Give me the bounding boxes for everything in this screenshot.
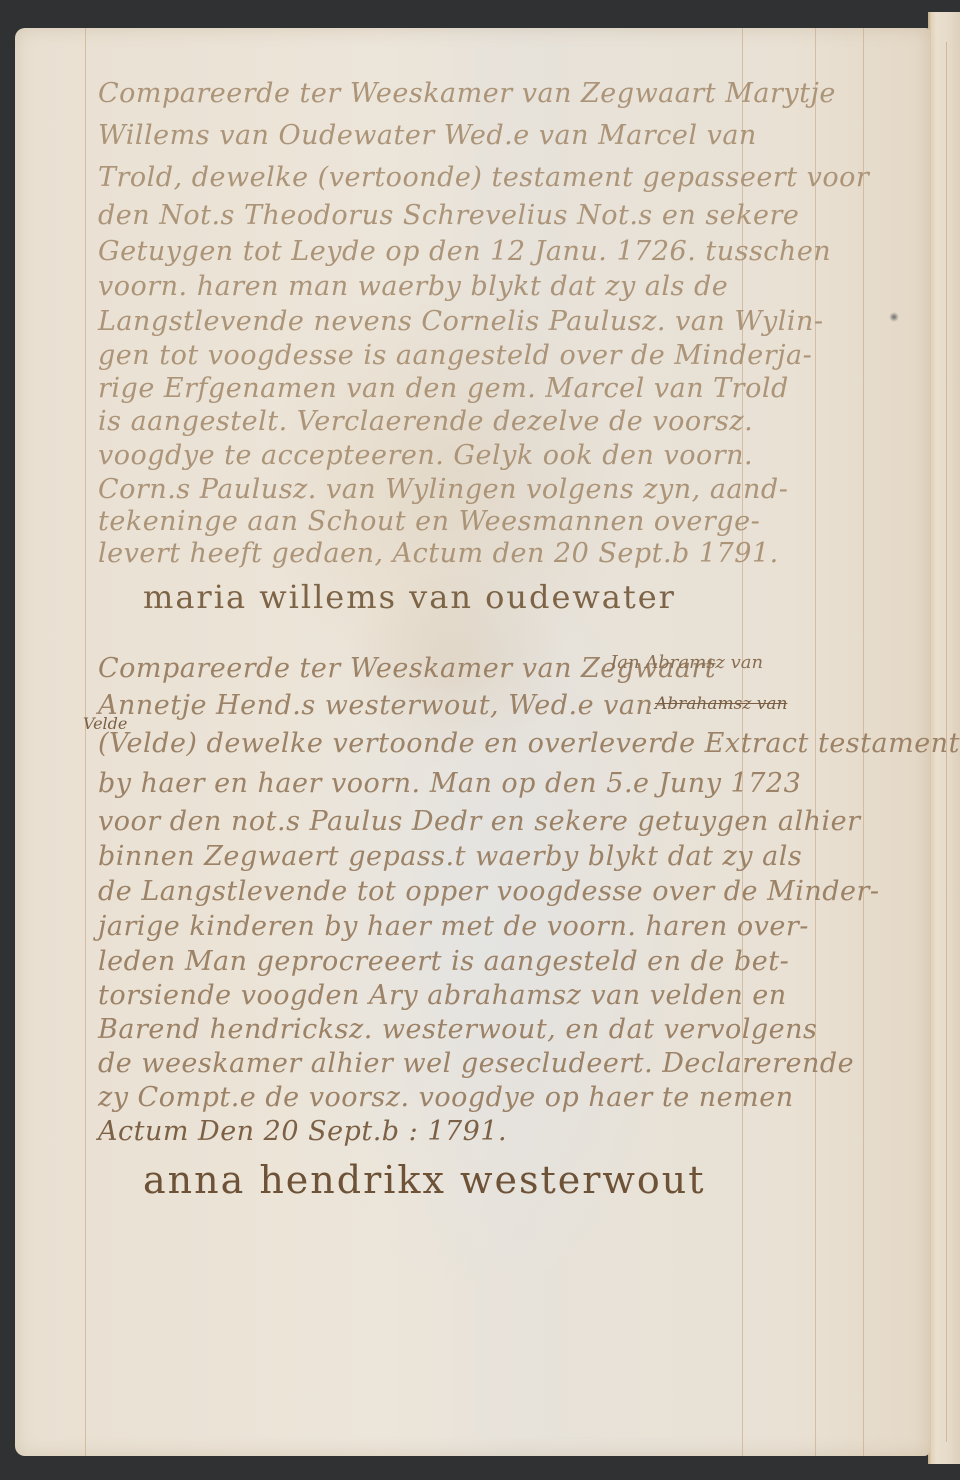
- entry-1-line: voogdye te accepteeren. Gelyk ook den vo…: [98, 440, 753, 471]
- entry-1-date-line: levert heeft gedaen, Actum den 20 Sept.b…: [98, 538, 779, 569]
- entry-1-line: Trold, dewelke (vertoonde) testament gep…: [98, 162, 869, 193]
- interlinear-insertion: Jan Abramsz van: [610, 652, 763, 673]
- entry-2-line: voor den not.s Paulus Dedr en sekere get…: [98, 806, 861, 837]
- entry-2-line: Annetje Hend.s westerwout, Wed.e van: [98, 690, 653, 721]
- entry-1-line: Langstlevende nevens Cornelis Paulusz. v…: [98, 306, 824, 337]
- entry-1-line: is aangestelt. Verclaerende dezelve de v…: [98, 406, 753, 437]
- entry-1-line: tekeninge aan Schout en Weesmannen overg…: [98, 506, 760, 537]
- entry-2-line: binnen Zegwaert gepass.t waerby blykt da…: [98, 841, 802, 872]
- entry-2-line: by haer en haer voorn. Man op den 5.e Ju…: [98, 768, 801, 799]
- signature-maria: maria willems van oudewater: [143, 578, 676, 616]
- entry-2-line: leden Man geprocreeert is aangesteld en …: [98, 946, 789, 977]
- entry-1-line: rige Erfgenamen van den gem. Marcel van …: [98, 373, 789, 404]
- entry-2-line: Barend hendricksz. westerwout, en dat ve…: [98, 1014, 817, 1045]
- margin-rule-left: [85, 28, 86, 1456]
- entry-2-line: de weeskamer alhier wel gesecludeert. De…: [98, 1048, 854, 1079]
- scanned-document: Compareerde ter Weeskamer van Zegwaart M…: [0, 0, 960, 1480]
- ink-spot: [889, 312, 899, 322]
- entry-1-line: gen tot voogdesse is aangesteld over de …: [98, 340, 812, 371]
- entry-1-line: Compareerde ter Weeskamer van Zegwaart M…: [98, 78, 836, 109]
- entry-2-date-line: Actum Den 20 Sept.b : 1791.: [98, 1116, 507, 1147]
- entry-1-line: den Not.s Theodorus Schrevelius Not.s en…: [98, 200, 799, 231]
- entry-1-line: voorn. haren man waerby blykt dat zy als…: [98, 271, 728, 302]
- entry-2-line: (Velde) dewelke vertoonde en overleverde…: [98, 728, 960, 759]
- entry-1-line: Corn.s Paulusz. van Wylingen volgens zyn…: [98, 474, 788, 505]
- entry-1-line: Getuygen tot Leyde op den 12 Janu. 1726.…: [98, 236, 831, 267]
- entry-2-line: jarige kinderen by haer met de voorn. ha…: [98, 911, 809, 942]
- entry-1-line: Willems van Oudewater Wed.e van Marcel v…: [98, 120, 757, 151]
- entry-2-line: zy Compt.e de voorsz. voogdye op haer te…: [98, 1082, 794, 1113]
- entry-2-line: torsiende voogden Ary abrahamsz van veld…: [98, 980, 787, 1011]
- manuscript-page: Compareerde ter Weeskamer van Zegwaart M…: [15, 28, 930, 1456]
- entry-2-line: de Langstlevende tot opper voogdesse ove…: [98, 876, 880, 907]
- signature-anna: anna hendrikx westerwout: [143, 1158, 706, 1202]
- struck-out-text: Abrahamsz van: [655, 694, 787, 714]
